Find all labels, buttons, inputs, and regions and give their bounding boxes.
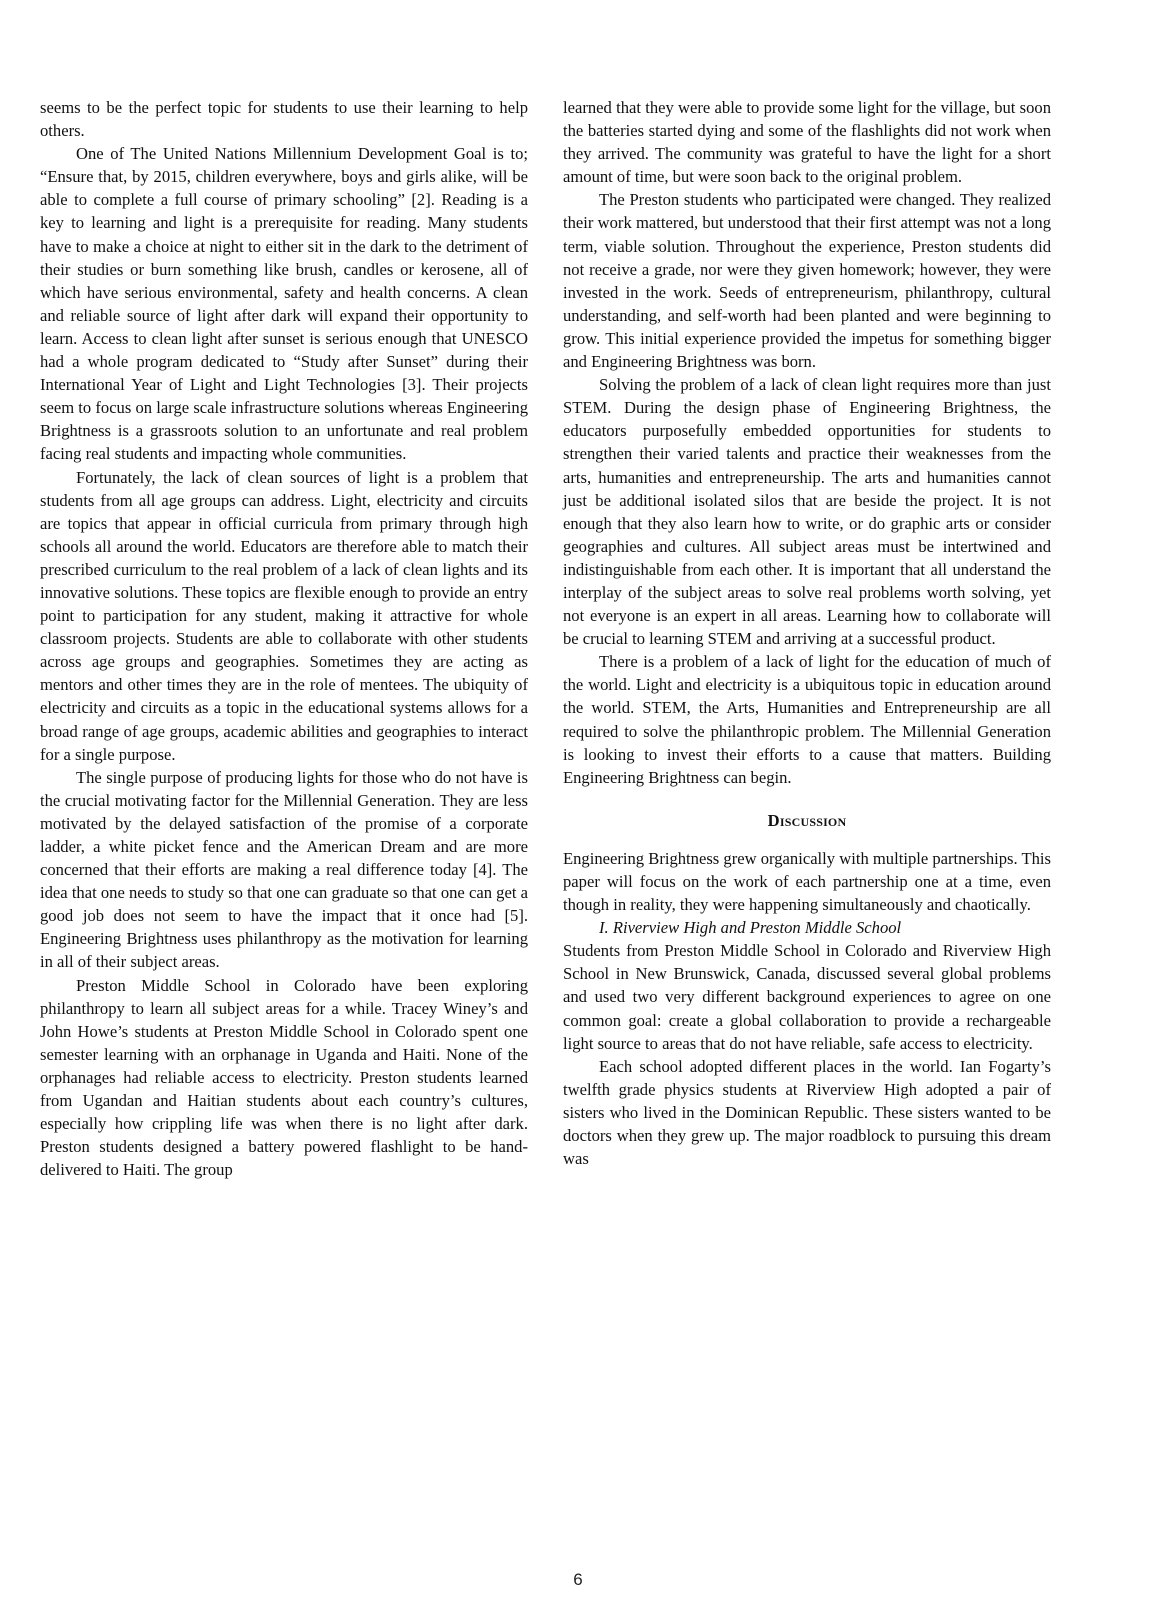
- paragraph: One of The United Nations Millennium Dev…: [40, 142, 528, 465]
- subsection-heading: I. Riverview High and Preston Middle Sch…: [563, 916, 1051, 939]
- paragraph: Students from Preston Middle School in C…: [563, 939, 1051, 1054]
- paragraph: Each school adopted different places in …: [563, 1055, 1051, 1170]
- discussion-intro-paragraph: Engineering Brightness grew organically …: [563, 847, 1051, 916]
- left-column: seems to be the perfect topic for studen…: [40, 96, 528, 1181]
- right-column: learned that they were able to provide s…: [563, 96, 1051, 1170]
- paragraph: The Preston students who participated we…: [563, 188, 1051, 373]
- paragraph: Fortunately, the lack of clean sources o…: [40, 466, 528, 766]
- paragraph: There is a problem of a lack of light fo…: [563, 650, 1051, 789]
- paragraph: The single purpose of producing lights f…: [40, 766, 528, 974]
- paragraph: seems to be the perfect topic for studen…: [40, 96, 528, 142]
- paragraph: Preston Middle School in Colorado have b…: [40, 974, 528, 1182]
- paragraph: learned that they were able to provide s…: [563, 96, 1051, 188]
- section-heading-discussion: Discussion: [563, 809, 1051, 832]
- page-number: 6: [0, 1570, 1156, 1590]
- paragraph: Solving the problem of a lack of clean l…: [563, 373, 1051, 650]
